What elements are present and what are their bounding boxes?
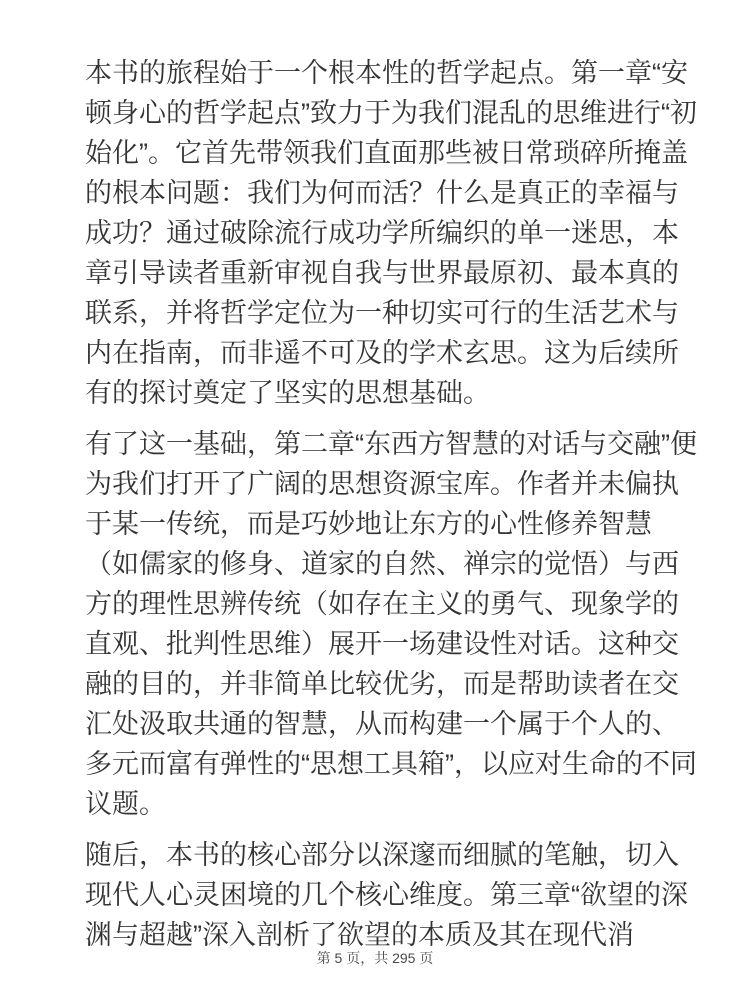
page-number-indicator: 第 5 页，共 295 页 bbox=[0, 948, 750, 968]
paragraph-2: 有了这一基础，第二章“东西方智慧的对话与交融”便为我们打开了广阔的思想资源宝库。… bbox=[85, 424, 697, 824]
document-page: 本书的旅程始于一个根本性的哲学起点。第一章“安顿身心的哲学起点”致力于为我们混乱… bbox=[0, 0, 750, 1000]
paragraph-1: 本书的旅程始于一个根本性的哲学起点。第一章“安顿身心的哲学起点”致力于为我们混乱… bbox=[85, 53, 697, 413]
page-text-content: 本书的旅程始于一个根本性的哲学起点。第一章“安顿身心的哲学起点”致力于为我们混乱… bbox=[85, 53, 697, 966]
paragraph-3: 随后，本书的核心部分以深邃而细腻的笔触，切入现代人心灵困境的几个核心维度。第三章… bbox=[85, 835, 697, 955]
